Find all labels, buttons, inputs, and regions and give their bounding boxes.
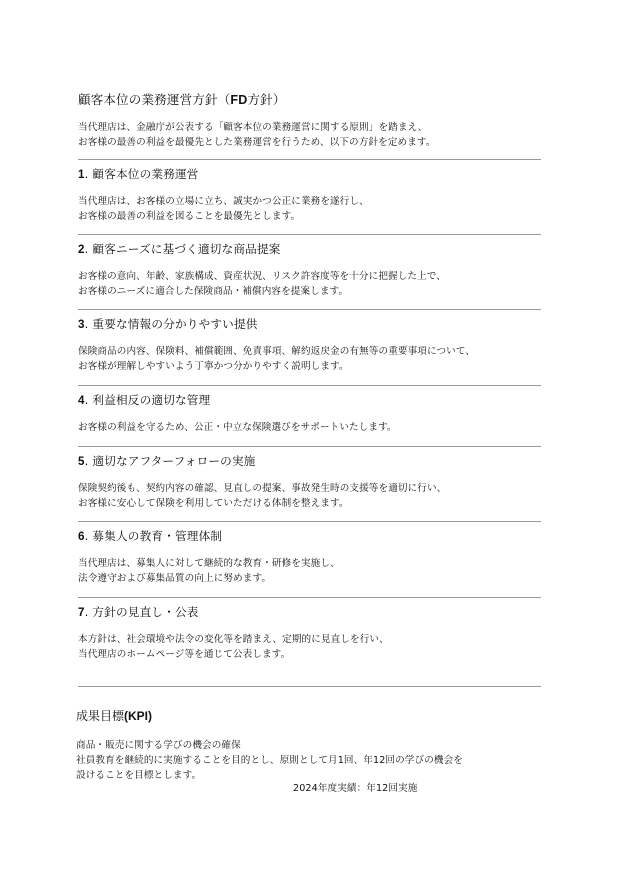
intro-paragraph: 当代理店は、金融庁が公表する「顧客本位の業務運営に関する原則」を踏まえ、 お客様… [78, 120, 436, 150]
section-body-4: お客様の利益を守るため、公正・中立な保険選びをサポートいたします。 [78, 420, 397, 435]
section-title: . 顧客ニーズに基づく適切な商品提案 [85, 242, 281, 256]
section-heading-1: 1. 顧客本位の業務運営 [78, 166, 199, 182]
section-title: . 方針の見直し・公表 [85, 605, 199, 619]
section-heading-6: 6. 募集人の教育・管理体制 [78, 528, 222, 544]
kpi-line: 社員教育を継続的に実施することを目的とし、原則として月1回、年12回の学びの機会… [76, 753, 463, 768]
section-heading-2: 2. 顧客ニーズに基づく適切な商品提案 [78, 241, 281, 257]
body-line: 当代理店は、お客様の立場に立ち、誠実かつ公正に業務を遂行し、 [78, 194, 369, 209]
intro-line: お客様の最善の利益を最優先とした業務運営を行うため、以下の方針を定めます。 [78, 135, 436, 150]
section-number: 2 [78, 243, 85, 256]
section-number: 5 [78, 455, 85, 468]
section-title: . 重要な情報の分かりやすい提供 [85, 317, 258, 331]
section-heading-7: 7. 方針の見直し・公表 [78, 604, 199, 620]
body-line: お客様の最善の利益を図ることを最優先とします。 [78, 209, 369, 224]
section-body-5: 保険契約後も、契約内容の確認、見直しの提案、事故発生時の支援等を適切に行い、 お… [78, 481, 446, 511]
document-page: 顧客本位の業務運営方針（FD方針） 当代理店は、金融庁が公表する「顧客本位の業務… [0, 0, 620, 876]
body-line: お客様の利益を守るため、公正・中立な保険選びをサポートいたします。 [78, 420, 397, 435]
kpi-title-text: 成果目標 [76, 709, 124, 723]
title-bold: FD [230, 93, 247, 107]
section-number: 4 [78, 394, 85, 407]
section-number: 6 [78, 530, 85, 543]
body-line: 保険商品の内容、保険料、補償範囲、免責事項、解約返戻金の有無等の重要事項について… [78, 344, 475, 359]
title-suffix: 方針） [247, 92, 285, 107]
section-body-3: 保険商品の内容、保険料、補償範囲、免責事項、解約返戻金の有無等の重要事項について… [78, 344, 475, 374]
section-number: 1 [78, 168, 85, 181]
kpi-title-bold: (KPI) [124, 709, 152, 723]
intro-line: 当代理店は、金融庁が公表する「顧客本位の業務運営に関する原則」を踏まえ、 [78, 120, 436, 135]
kpi-result: 2024年度実績：年12回実施 [293, 781, 417, 796]
body-line: お客様が理解しやすいよう丁寧かつ分かりやすく説明します。 [78, 359, 475, 374]
body-line: 当代理店のホームページ等を通じて公表します。 [78, 647, 389, 662]
section-heading-5: 5. 適切なアフターフォローの実施 [78, 453, 256, 469]
section-title: . 募集人の教育・管理体制 [85, 529, 223, 543]
section-number: 7 [78, 606, 85, 619]
body-line: 法令遵守および募集品質の向上に努めます。 [78, 571, 340, 586]
divider [78, 309, 541, 310]
section-heading-3: 3. 重要な情報の分かりやすい提供 [78, 316, 258, 332]
kpi-body: 商品・販売に関する学びの機会の確保 社員教育を継続的に実施することを目的とし、原… [76, 738, 463, 783]
body-line: お客様のニーズに適合した保険商品・補償内容を提案します。 [78, 284, 446, 299]
divider [78, 597, 541, 598]
section-number: 3 [78, 318, 85, 331]
section-title: . 適切なアフターフォローの実施 [85, 454, 256, 468]
body-line: 当代理店は、募集人に対して継続的な教育・研修を実施し、 [78, 556, 340, 571]
body-line: 本方針は、社会環境や法令の変化等を踏まえ、定期的に見直しを行い、 [78, 632, 389, 647]
section-body-7: 本方針は、社会環境や法令の変化等を踏まえ、定期的に見直しを行い、 当代理店のホー… [78, 632, 389, 662]
kpi-subtitle: 商品・販売に関する学びの機会の確保 [76, 738, 463, 753]
body-line: お客様に安心して保険を利用していただける体制を整えます。 [78, 496, 446, 511]
page-title: 顧客本位の業務運営方針（FD方針） [78, 90, 286, 108]
section-title: . 利益相反の適切な管理 [85, 393, 211, 407]
section-title: . 顧客本位の業務運営 [85, 167, 199, 181]
section-body-6: 当代理店は、募集人に対して継続的な教育・研修を実施し、 法令遵守および募集品質の… [78, 556, 340, 586]
divider [78, 521, 541, 522]
kpi-title: 成果目標(KPI) [76, 707, 152, 724]
body-line: 保険契約後も、契約内容の確認、見直しの提案、事故発生時の支援等を適切に行い、 [78, 481, 446, 496]
divider [78, 234, 541, 235]
divider [78, 385, 541, 386]
title-text: 顧客本位の業務運営方針（ [78, 92, 230, 107]
divider [78, 159, 541, 160]
divider [78, 686, 541, 687]
body-line: お客様の意向、年齢、家族構成、資産状況、リスク許容度等を十分に把握した上で、 [78, 269, 446, 284]
section-body-1: 当代理店は、お客様の立場に立ち、誠実かつ公正に業務を遂行し、 お客様の最善の利益… [78, 194, 369, 224]
section-heading-4: 4. 利益相反の適切な管理 [78, 392, 210, 408]
section-body-2: お客様の意向、年齢、家族構成、資産状況、リスク許容度等を十分に把握した上で、 お… [78, 269, 446, 299]
divider [78, 446, 541, 447]
